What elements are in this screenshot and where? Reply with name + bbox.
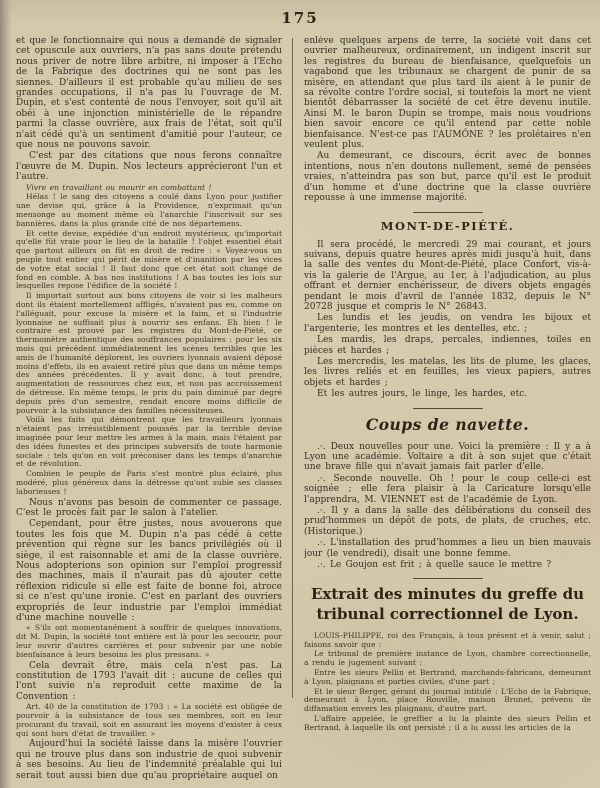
citation-paragraph: Et cette devise, expédiée d'un endroit m…	[16, 230, 282, 292]
quote-dupin: « S'ils ont momentanément à souffrir de …	[16, 624, 282, 659]
judgment-paragraph: Et le sieur Berger, gérant du journal in…	[304, 688, 591, 714]
navette-item: .·. Il y a dans la salle des délibératio…	[304, 506, 591, 537]
section-divider	[413, 578, 483, 579]
navette-item: .·. Seconde nouvelle. Oh ! pour le coup …	[304, 474, 591, 505]
right-column: enlève quelques arpens de terre, la soci…	[304, 36, 591, 734]
article-paragraph: et que le fonctionnaire qui nous a deman…	[16, 36, 282, 150]
notice-paragraph: Il sera procédé, le mercredi 29 mai cour…	[304, 240, 591, 313]
navette-item: .·. L'installation des prud'hommes a lie…	[304, 538, 591, 559]
article-paragraph: enlève quelques arpens de terre, la soci…	[304, 36, 591, 150]
notice-paragraph: Et les autres jours, le linge, les harde…	[304, 389, 591, 399]
constitution-article: Art. 40 de la constitution de 1793 : « L…	[16, 703, 282, 738]
left-column: et que le fonctionnaire qui nous a deman…	[16, 36, 282, 782]
article-paragraph: C'est par des citations que nous ferons …	[16, 151, 282, 182]
notice-paragraph: Les lundis et les jeudis, on vendra les …	[304, 313, 591, 334]
notice-paragraph: Les mardis, les draps, percales, indienn…	[304, 335, 591, 356]
citation-paragraph: Combien le peuple de Paris s'est montré …	[16, 470, 282, 496]
article-paragraph: Cela devrait être, mais cela n'est pas. …	[16, 661, 282, 703]
section-divider	[413, 212, 483, 213]
judgment-paragraph: Entre les sieurs Pellin et Bertrand, mar…	[304, 669, 591, 687]
navette-item: .·. Deux nouvelles pour une. Voici la pr…	[304, 442, 591, 473]
article-paragraph: Au demeurant, ce discours, écrit avec de…	[304, 151, 591, 203]
section-divider	[413, 408, 483, 409]
article-paragraph: Cependant, pour être justes, nous avouer…	[16, 519, 282, 623]
judgment-paragraph: LOUIS-PHILIPPE, roi des Français, à tous…	[304, 632, 591, 650]
judgment-paragraph: L'affaire appelée, le greffier a lu la p…	[304, 715, 591, 733]
page-number: 175	[0, 9, 600, 27]
article-title-extrait: Extrait des minutes du greffe du tribuna…	[310, 585, 585, 623]
article-paragraph: Aujourd'hui la société laisse dans la mi…	[16, 739, 282, 781]
column-divider-rule	[292, 38, 293, 698]
citation-paragraph: Il importait surtout aux bons citoyens d…	[16, 292, 282, 415]
notice-paragraph: Les mercredis, les matelas, les lits de …	[304, 357, 591, 388]
section-heading-coups-de-navette: Coups de navette.	[304, 415, 591, 434]
citation-paragraph: Hélas ! le sang des citoyens a coulé dan…	[16, 193, 282, 228]
section-heading-mont-de-piete: MONT-DE-PIÉTÉ.	[304, 219, 591, 233]
judgment-paragraph: Le tribunal de première instance de Lyon…	[304, 650, 591, 668]
page-edge-shadow	[0, 0, 12, 788]
navette-item: .·. Le Goujon est frit ; à quelle sauce …	[304, 560, 591, 570]
text-columns: et que le fonctionnaire qui nous a deman…	[16, 36, 591, 784]
article-paragraph: Nous n'avons pas besoin de commenter ce …	[16, 498, 282, 519]
citation-paragraph: Voilà les faits qui démontrent que les t…	[16, 416, 282, 469]
motto-line: Vivre en travaillant ou mourir en combat…	[16, 184, 282, 193]
newspaper-page: 175 et que le fonctionnaire qui nous a d…	[0, 0, 600, 788]
